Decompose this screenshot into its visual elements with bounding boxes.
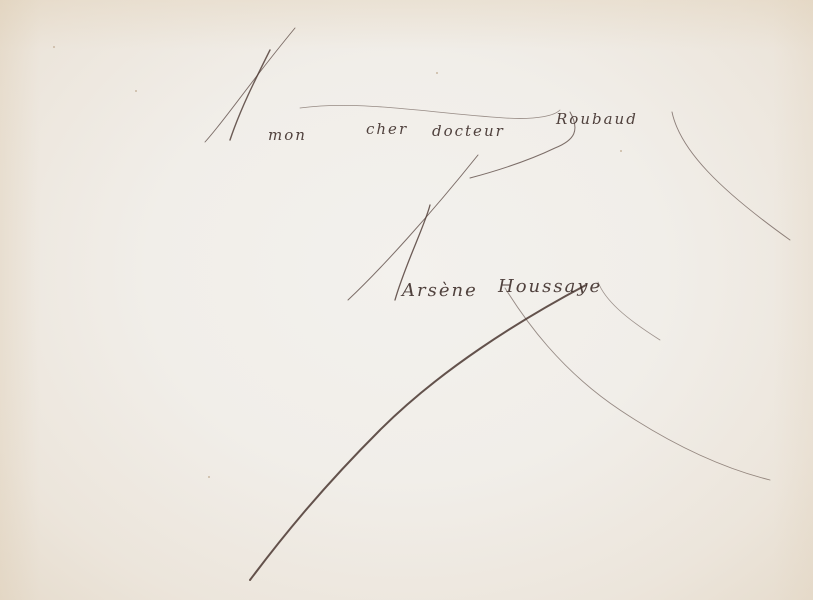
flourish-signature-underline bbox=[250, 285, 586, 580]
flourish-docteur-underline bbox=[300, 105, 560, 118]
dedication-word-cher: cher bbox=[366, 120, 408, 138]
paper-speck bbox=[436, 72, 438, 74]
flourish-houssaye-h bbox=[505, 288, 770, 480]
paper-speck bbox=[135, 90, 137, 92]
dedication-word-docteur: docteur bbox=[432, 122, 505, 140]
flourish-signature-a-left bbox=[348, 155, 478, 300]
inscription-page: mon cher docteur Roubaud Arsène Houssaye bbox=[0, 0, 813, 600]
dedication-word-mon: mon bbox=[268, 126, 307, 144]
flourish-dedication-a-left bbox=[205, 28, 295, 142]
flourish-roubaud-tail bbox=[672, 112, 790, 240]
paper-speck bbox=[620, 150, 622, 152]
paper-speck bbox=[53, 46, 55, 48]
flourish-dedication-a-right bbox=[230, 50, 270, 140]
flourish-houssaye-tail bbox=[598, 282, 660, 340]
signature-last-name: Houssaye bbox=[498, 276, 602, 297]
paper-speck bbox=[208, 476, 210, 478]
dedication-word-roubaud: Roubaud bbox=[556, 110, 638, 128]
signature-first-name: Arsène bbox=[402, 280, 478, 301]
